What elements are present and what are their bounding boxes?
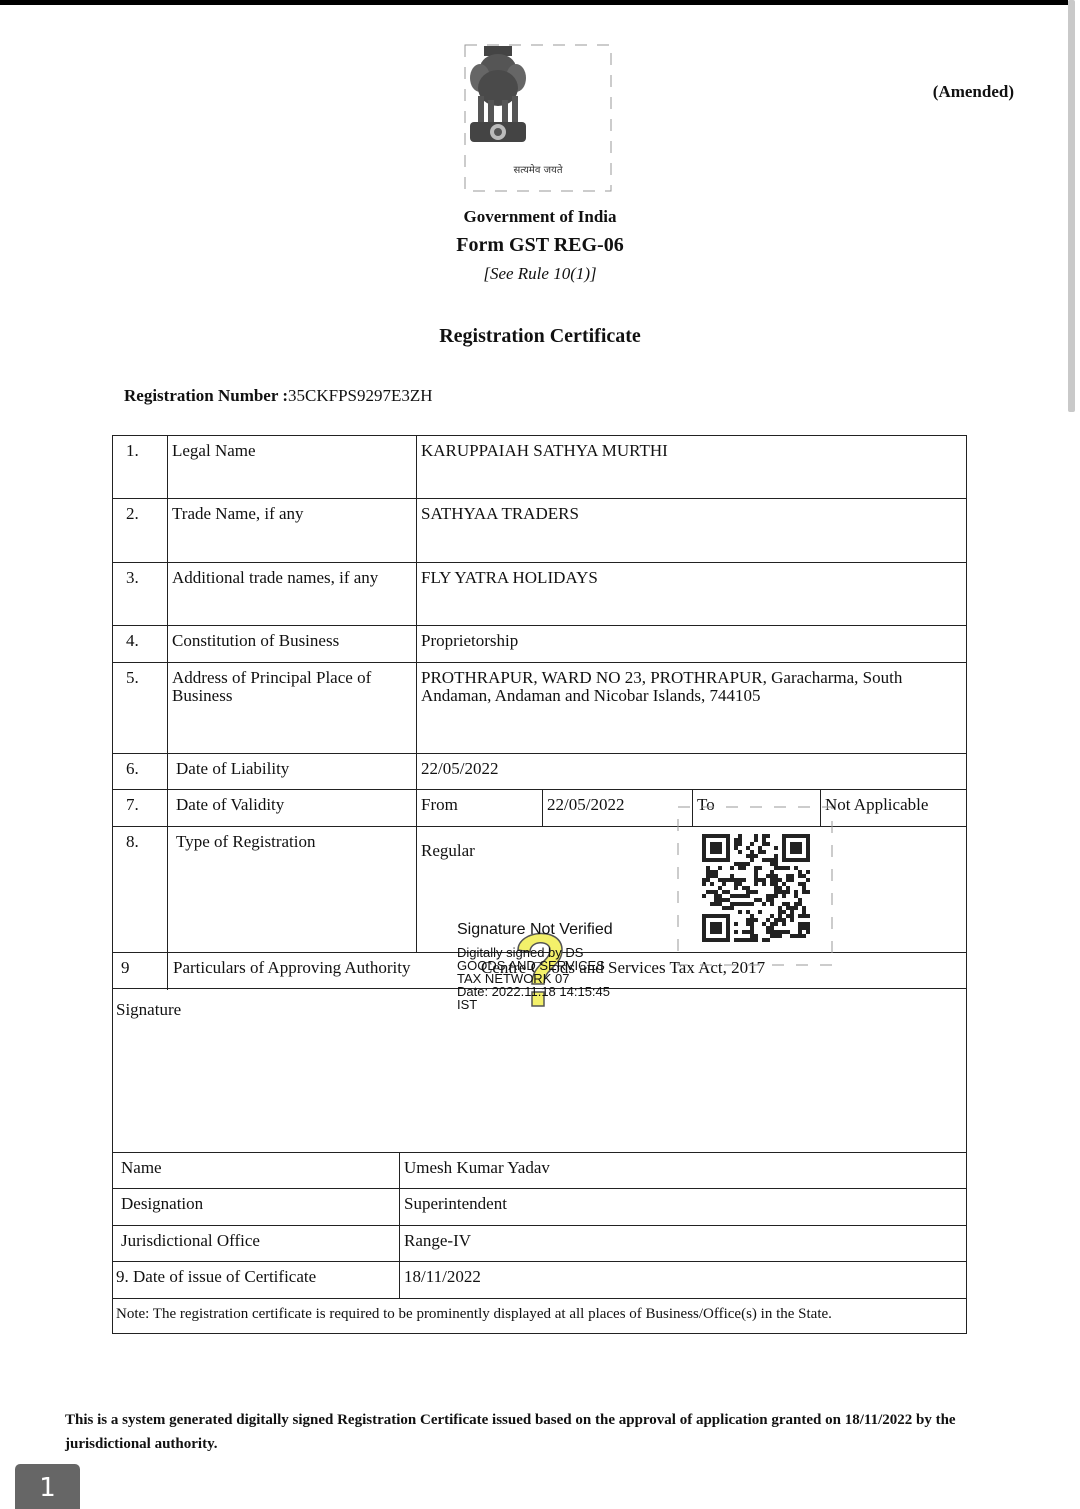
viewer-top-bar: [0, 0, 1068, 5]
authority-table: Name Umesh Kumar Yadav Designation Super…: [112, 1152, 967, 1334]
signature-label: Signature: [113, 995, 185, 1019]
form-title: Form GST REG-06: [0, 234, 1080, 257]
row-value: Proprietorship: [416, 626, 968, 662]
row-label: Legal Name: [167, 436, 416, 498]
row-label: Address of Principal Place of Business: [167, 663, 416, 753]
registration-number-label: Registration Number :: [124, 386, 288, 405]
emblem-motto: सत्यमेव जयते: [464, 162, 612, 176]
validity-to-value: Not Applicable: [820, 790, 968, 826]
page-number-badge[interactable]: 1: [15, 1464, 80, 1509]
table-row: Designation Superintendent: [113, 1189, 966, 1226]
authority-label: Designation: [113, 1189, 399, 1225]
digital-signature-stamp[interactable]: Signature Not Verified Digitally signed …: [457, 921, 613, 1011]
table-row: 2. Trade Name, if any SATHYAA TRADERS: [113, 499, 966, 563]
row-label: Additional trade names, if any: [167, 563, 416, 625]
authority-label: Name: [113, 1153, 399, 1188]
signature-details: Digitally signed by DS GOODS AND SERVICE…: [457, 946, 613, 1011]
row-number: 9: [113, 953, 167, 990]
authority-value: Range-IV: [399, 1226, 968, 1261]
table-row: Name Umesh Kumar Yadav: [113, 1153, 966, 1189]
row-number: 1.: [113, 436, 167, 498]
details-table: 1. Legal Name KARUPPAIAH SATHYA MURTHI 2…: [112, 435, 967, 989]
row-value: FLY YATRA HOLIDAYS: [416, 563, 968, 625]
row-number: 4.: [113, 626, 167, 662]
row-number: 5.: [113, 663, 167, 753]
row-label: Type of Registration: [167, 827, 416, 952]
row-value: PROTHRAPUR, WARD NO 23, PROTHRAPUR, Gara…: [416, 663, 968, 753]
table-row: 4. Constitution of Business Proprietorsh…: [113, 626, 966, 663]
government-heading: Government of India: [0, 207, 1080, 227]
authority-label: 9. Date of issue of Certificate: [113, 1262, 399, 1298]
table-row: 5. Address of Principal Place of Busines…: [113, 663, 966, 754]
row-number: 8.: [113, 827, 167, 952]
row-number: 3.: [113, 563, 167, 625]
national-emblem-icon: [464, 44, 532, 148]
validity-from-value: 22/05/2022: [542, 790, 692, 826]
table-row: 9. Date of issue of Certificate 18/11/20…: [113, 1262, 966, 1299]
row-label: Constitution of Business: [167, 626, 416, 662]
table-row: 1. Legal Name KARUPPAIAH SATHYA MURTHI: [113, 436, 966, 499]
footer-statement: This is a system generated digitally sig…: [65, 1408, 1025, 1456]
authority-label: Jurisdictional Office: [113, 1226, 399, 1261]
emblem-frame: सत्यमेव जयते: [464, 44, 612, 192]
signature-status: Signature Not Verified: [457, 921, 613, 939]
rule-reference: [See Rule 10(1)]: [0, 264, 1080, 284]
qr-code-icon[interactable]: [702, 834, 810, 942]
table-row: 6. Date of Liability 22/05/2022: [113, 754, 966, 790]
registration-number: Registration Number :35CKFPS9297E3ZH: [124, 386, 433, 406]
registration-number-value: 35CKFPS9297E3ZH: [288, 386, 433, 405]
row-number: 2.: [113, 499, 167, 562]
vertical-scrollbar[interactable]: [1068, 0, 1075, 412]
table-row: 3. Additional trade names, if any FLY YA…: [113, 563, 966, 626]
note-text: Note: The registration certificate is re…: [113, 1299, 968, 1335]
table-row: Jurisdictional Office Range-IV: [113, 1226, 966, 1262]
row-value: 22/05/2022: [416, 754, 968, 789]
authority-value: Umesh Kumar Yadav: [399, 1153, 968, 1188]
row-number: 6.: [113, 754, 167, 789]
certificate-title: Registration Certificate: [0, 325, 1080, 348]
row-label: Date of Validity: [167, 790, 416, 826]
row-number: 7.: [113, 790, 167, 826]
row-label: Trade Name, if any: [167, 499, 416, 562]
row-label: Date of Liability: [167, 754, 416, 789]
row-value: SATHYAA TRADERS: [416, 499, 968, 562]
table-row: 7. Date of Validity From 22/05/2022 To N…: [113, 790, 966, 827]
authority-value: 18/11/2022: [399, 1262, 968, 1298]
validity-from-label: From: [416, 790, 542, 826]
authority-value: Superintendent: [399, 1189, 968, 1225]
row-value: KARUPPAIAH SATHYA MURTHI: [416, 436, 968, 498]
note-row: Note: The registration certificate is re…: [113, 1299, 966, 1335]
amended-label: (Amended): [880, 82, 1014, 102]
